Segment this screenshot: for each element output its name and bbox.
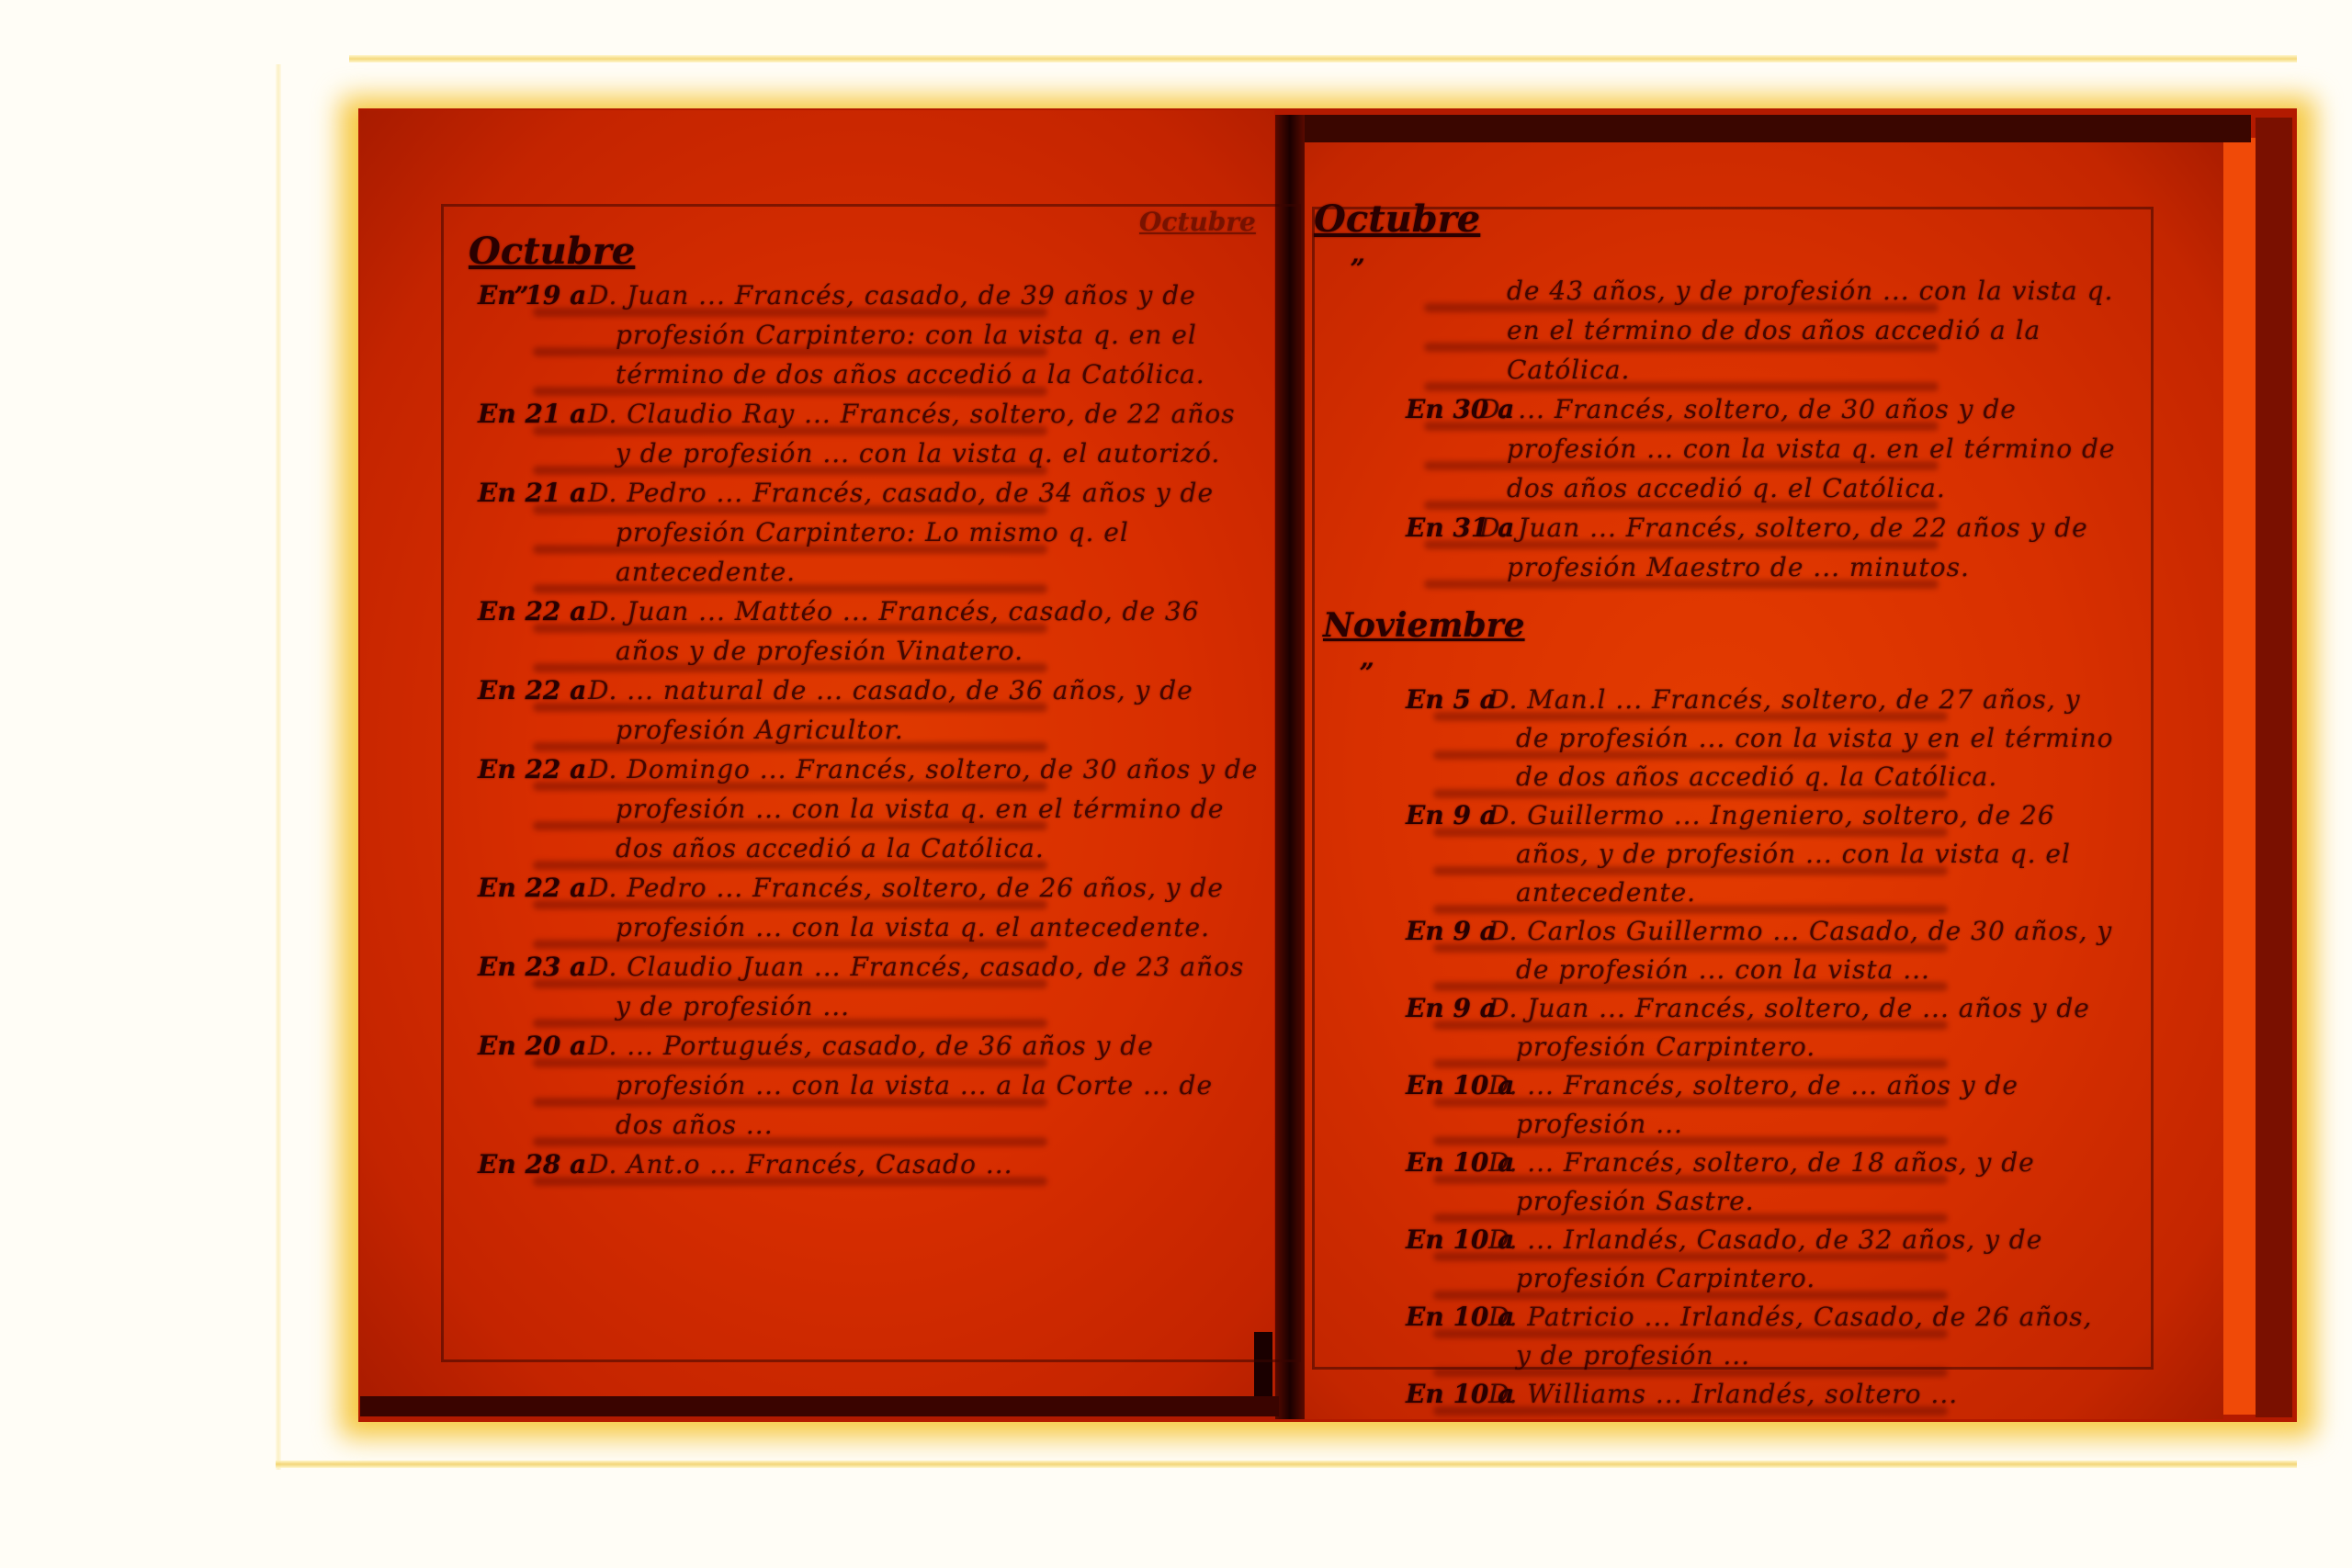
ink-bleed-through bbox=[533, 466, 1047, 475]
entry-text-line: D. ... Francés, soltero, de ... años y d… bbox=[1488, 1070, 2018, 1100]
ink-bleed-through bbox=[533, 782, 1047, 791]
entry-date-margin: En 5 a bbox=[1406, 684, 1497, 715]
entry-text-line: D. Juan ... Mattéo ... Francés, casado, … bbox=[588, 596, 1200, 626]
right-page-heading: Octubre bbox=[1314, 197, 1480, 241]
entry-text-line: profesión Carpintero. bbox=[1516, 1263, 1815, 1293]
ink-bleed-through bbox=[1433, 1059, 1948, 1068]
ink-bleed-through bbox=[1433, 982, 1948, 991]
entry-text-line: D. ... Irlandés, Casado, de 32 años, y d… bbox=[1488, 1224, 2042, 1255]
ink-bleed-through bbox=[533, 584, 1047, 593]
ink-bleed-through bbox=[533, 940, 1047, 949]
mount-edge-left bbox=[276, 64, 281, 1470]
ink-bleed-through bbox=[1424, 303, 1939, 312]
entry-text-line: profesión Carpintero: con la vista q. en… bbox=[616, 320, 1197, 350]
entry-text-line: en el término de dos años accedió a la bbox=[1507, 315, 2041, 345]
ink-bleed-through bbox=[533, 1019, 1047, 1028]
entry-text-line: de profesión ... con la vista ... bbox=[1516, 954, 1930, 985]
entry-text-line: Católica. bbox=[1507, 355, 1630, 385]
entry-text-line: D. Ant.o ... Francés, Casado ... bbox=[588, 1149, 1013, 1179]
entry-text-line: D. Guillermo ... Ingeniero, soltero, de … bbox=[1488, 800, 2055, 830]
entry-date-margin: En 21 a bbox=[478, 399, 586, 429]
entry-text-line: D. Patricio ... Irlandés, Casado, de 26 … bbox=[1488, 1302, 2092, 1332]
ink-bleed-through bbox=[1433, 1021, 1948, 1030]
ink-bleed-through bbox=[1424, 501, 1939, 510]
entry-text-line: D. Juan ... Francés, casado, de 39 años … bbox=[588, 280, 1196, 310]
page-edge-strip bbox=[2223, 138, 2256, 1415]
entry-date-margin: En 22 a bbox=[478, 675, 586, 705]
entry-text-line: antecedente. bbox=[1516, 877, 1696, 908]
ink-bleed-through bbox=[1424, 580, 1939, 589]
entry-text-line: profesión ... con la vista q. el anteced… bbox=[616, 912, 1210, 942]
ink-bleed-through bbox=[533, 861, 1047, 870]
entry-date-margin: En 9 a bbox=[1406, 993, 1497, 1023]
ink-bleed-through bbox=[533, 900, 1047, 909]
right-page-section2-sub-mark: „ bbox=[1360, 643, 1374, 673]
ink-bleed-through bbox=[1433, 828, 1948, 837]
ink-bleed-through bbox=[533, 979, 1047, 988]
ink-bleed-through bbox=[1424, 382, 1939, 391]
right-page-sub-mark: „ bbox=[1351, 239, 1365, 269]
entry-date-margin: En 20 a bbox=[478, 1031, 586, 1061]
ink-bleed-through bbox=[1433, 750, 1948, 760]
ink-bleed-through bbox=[1433, 905, 1948, 914]
entry-text-line: años y de profesión Vinatero. bbox=[616, 636, 1023, 666]
entry-text-line: y de profesión ... bbox=[616, 991, 850, 1021]
ink-bleed-through bbox=[533, 742, 1047, 751]
entry-text-line: D. Pedro ... Francés, casado, de 34 años… bbox=[588, 478, 1214, 508]
ink-bleed-through bbox=[1433, 1368, 1948, 1377]
ink-bleed-through bbox=[1424, 540, 1939, 549]
ink-bleed-through bbox=[1433, 1213, 1948, 1223]
ink-bleed-through bbox=[533, 545, 1047, 554]
entry-text-line: profesión Agricultor. bbox=[616, 715, 904, 745]
entry-text-line: dos años accedió a la Católica. bbox=[616, 833, 1045, 863]
book-cover-edge bbox=[2256, 118, 2292, 1417]
entry-text-line: profesión ... con la vista q. en el térm… bbox=[1507, 434, 2115, 464]
entry-text-line: término de dos años accedió a la Católic… bbox=[616, 359, 1205, 389]
right-page-section2-heading: Noviembre bbox=[1323, 606, 1525, 645]
ink-bleed-through bbox=[1433, 943, 1948, 953]
ink-bleed-through bbox=[533, 347, 1047, 356]
ink-bleed-through bbox=[533, 821, 1047, 830]
entry-text-line: dos años accedió q. el Católica. bbox=[1507, 473, 1946, 503]
entry-text-line: dos años ... bbox=[616, 1110, 774, 1140]
ink-bleed-through bbox=[1433, 1098, 1948, 1107]
entry-date-margin: En 9 a bbox=[1406, 800, 1497, 830]
entry-text-line: y de profesión ... bbox=[1516, 1340, 1750, 1371]
left-page-heading: Octubre bbox=[469, 230, 635, 273]
ink-bleed-through bbox=[533, 505, 1047, 514]
ink-bleed-through bbox=[1433, 789, 1948, 798]
entry-text-line: de profesión ... con la vista y en el té… bbox=[1516, 723, 2113, 753]
entry-text-line: de 43 años, y de profesión ... con la vi… bbox=[1507, 276, 2113, 306]
entry-text-line: D. Claudio Juan ... Francés, casado, de … bbox=[588, 952, 1244, 982]
entry-date-margin: En 22 a bbox=[478, 754, 586, 784]
entry-text-line: profesión Sastre. bbox=[1516, 1186, 1755, 1216]
entry-text-line: D. Williams ... Irlandés, soltero ... bbox=[1488, 1379, 1958, 1409]
entry-text-line: de dos años accedió q. la Católica. bbox=[1516, 761, 1997, 792]
entry-text-line: D. Carlos Guillermo ... Casado, de 30 añ… bbox=[1488, 916, 2112, 946]
ink-bleed-through bbox=[1433, 1291, 1948, 1300]
entry-text-line: profesión Carpintero: Lo mismo q. el bbox=[616, 517, 1129, 547]
entry-text-line: D. Domingo ... Francés, soltero, de 30 a… bbox=[588, 754, 1258, 784]
ink-bleed-through bbox=[533, 426, 1047, 435]
entry-text-line: años, y de profesión ... con la vista q.… bbox=[1516, 839, 2071, 869]
ink-bleed-through bbox=[1433, 866, 1948, 875]
entry-date-margin: En 23 a bbox=[478, 952, 586, 982]
ink-bleed-through bbox=[533, 624, 1047, 633]
entry-text-line: D. Pedro ... Francés, soltero, de 26 año… bbox=[588, 873, 1224, 903]
entry-text-line: y de profesión ... con la vista q. el au… bbox=[616, 438, 1220, 468]
ink-bleed-through bbox=[1433, 1175, 1948, 1184]
mount-edge-bottom bbox=[276, 1461, 2297, 1468]
ink-bleed-through bbox=[1433, 1406, 1948, 1416]
ink-bleed-through bbox=[1424, 422, 1939, 431]
ink-bleed-through bbox=[533, 703, 1047, 712]
ink-bleed-through bbox=[1433, 1329, 1948, 1338]
ink-bleed-through bbox=[1433, 712, 1948, 721]
entry-text-line: profesión ... bbox=[1516, 1109, 1683, 1139]
ink-bleed-through bbox=[1433, 1252, 1948, 1261]
ink-bleed-through bbox=[1424, 343, 1939, 352]
ink-bleed-through bbox=[533, 387, 1047, 396]
ink-bleed-through bbox=[533, 308, 1047, 317]
entry-text-line: profesión Carpintero. bbox=[1516, 1032, 1815, 1062]
entry-text-line: D. ... Francés, soltero, de 30 años y de bbox=[1479, 394, 2017, 424]
entry-date-margin: En 21 a bbox=[478, 478, 586, 508]
entry-text-line: D. Man.l ... Francés, soltero, de 27 año… bbox=[1488, 684, 2081, 715]
entry-date-margin: En 9 a bbox=[1406, 916, 1497, 946]
ink-bleed-through bbox=[533, 1137, 1047, 1146]
entry-text-line: D. Claudio Ray ... Francés, soltero, de … bbox=[588, 399, 1236, 429]
entry-text-line: profesión ... con la vista ... a la Cort… bbox=[616, 1070, 1213, 1100]
entry-text-line: D. Juan ... Francés, soltero, de 22 años… bbox=[1479, 513, 2088, 543]
left-page-bottom-shadow bbox=[360, 1396, 1279, 1416]
entry-date-margin: En 22 a bbox=[478, 596, 586, 626]
right-page-top-shadow bbox=[1277, 115, 2251, 142]
entry-text-line: D. Juan ... Francés, soltero, de ... año… bbox=[1488, 993, 2090, 1023]
ink-bleed-through bbox=[533, 1058, 1047, 1067]
left-page-header-center: Octubre bbox=[1139, 207, 1256, 237]
ink-bleed-through bbox=[533, 663, 1047, 672]
ink-bleed-through bbox=[533, 1177, 1047, 1186]
entry-text-line: profesión ... con la vista q. en el térm… bbox=[616, 794, 1224, 824]
entry-text-line: antecedente. bbox=[616, 557, 796, 587]
entry-text-line: profesión Maestro de ... minutos. bbox=[1507, 552, 1970, 582]
ink-bleed-through bbox=[533, 1098, 1047, 1107]
entry-text-line: D. ... natural de ... casado, de 36 años… bbox=[588, 675, 1193, 705]
entry-text-line: D. ... Francés, soltero, de 18 años, y d… bbox=[1488, 1147, 2035, 1178]
ink-bleed-through bbox=[1424, 461, 1939, 470]
ink-bleed-through bbox=[1433, 1136, 1948, 1145]
entry-date-margin: En 19 a bbox=[478, 280, 586, 310]
entry-text-line: D. ... Portugués, casado, de 36 años y d… bbox=[588, 1031, 1154, 1061]
entry-date-margin: En 22 a bbox=[478, 873, 586, 903]
mount-edge-top bbox=[349, 55, 2297, 62]
entry-date-margin: En 28 a bbox=[478, 1149, 586, 1179]
